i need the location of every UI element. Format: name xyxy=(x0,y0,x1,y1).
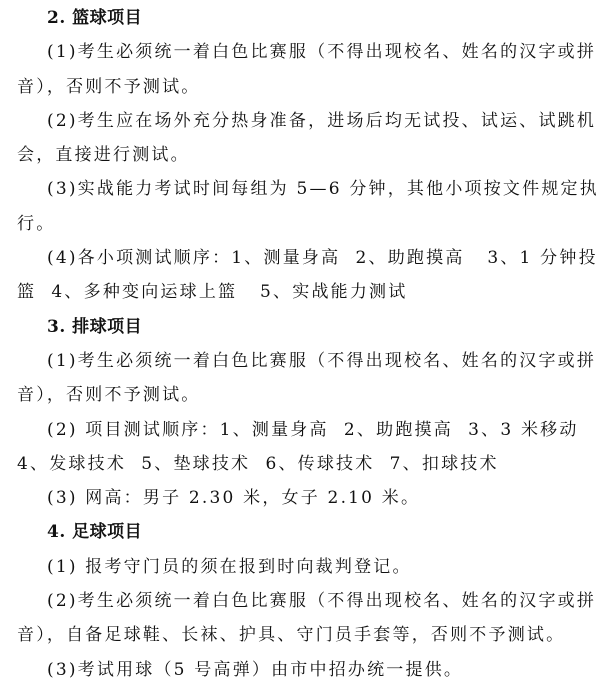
paragraph-line: 音），否则不予测试。 xyxy=(17,378,587,412)
paragraph-line: (3)考试用球（5 号高弹）由市中招办统一提供。 xyxy=(17,653,587,687)
paragraph-line: (2)考生应在场外充分热身准备，进场后均无试投、试运、试跳机 xyxy=(17,104,587,138)
section-heading-basketball: 2. 篮球项目 xyxy=(17,1,587,35)
paragraph-line: (3) 网高：男子 2.30 米，女子 2.10 米。 xyxy=(17,481,587,515)
section-heading-football: 4. 足球项目 xyxy=(17,515,587,549)
paragraph-line: (2) 项目测试顺序：1、测量身高 2、助跑摸高 3、3 米移动 xyxy=(17,413,587,447)
paragraph-line: 4、发球技术 5、垫球技术 6、传球技术 7、扣球技术 xyxy=(17,447,587,481)
paragraph-line: 会，直接进行测试。 xyxy=(17,138,587,172)
paragraph-line: 篮 4、多种变向运球上篮 5、实战能力测试 xyxy=(17,275,587,309)
paragraph-line: 音），自备足球鞋、长袜、护具、守门员手套等，否则不予测试。 xyxy=(17,618,587,652)
paragraph-line: (3)实战能力考试时间每组为 5—6 分钟，其他小项按文件规定执 xyxy=(17,172,587,206)
paragraph-line: 行。 xyxy=(17,207,587,241)
paragraph-line: (1)考生必须统一着白色比赛服（不得出现校名、姓名的汉字或拼 xyxy=(17,344,587,378)
section-heading-volleyball: 3. 排球项目 xyxy=(17,310,587,344)
paragraph-line: 音），否则不予测试。 xyxy=(17,70,587,104)
paragraph-line: (1) 报考守门员的须在报到时向裁判登记。 xyxy=(17,550,587,584)
paragraph-line: (4)各小项测试顺序：1、测量身高 2、助跑摸高 3、1 分钟投 xyxy=(17,241,587,275)
paragraph-line: (1)考生必须统一着白色比赛服（不得出现校名、姓名的汉字或拼 xyxy=(17,35,587,69)
paragraph-line: (2)考生必须统一着白色比赛服（不得出现校名、姓名的汉字或拼 xyxy=(17,584,587,618)
document-body: 2. 篮球项目 (1)考生必须统一着白色比赛服（不得出现校名、姓名的汉字或拼 音… xyxy=(17,1,587,687)
